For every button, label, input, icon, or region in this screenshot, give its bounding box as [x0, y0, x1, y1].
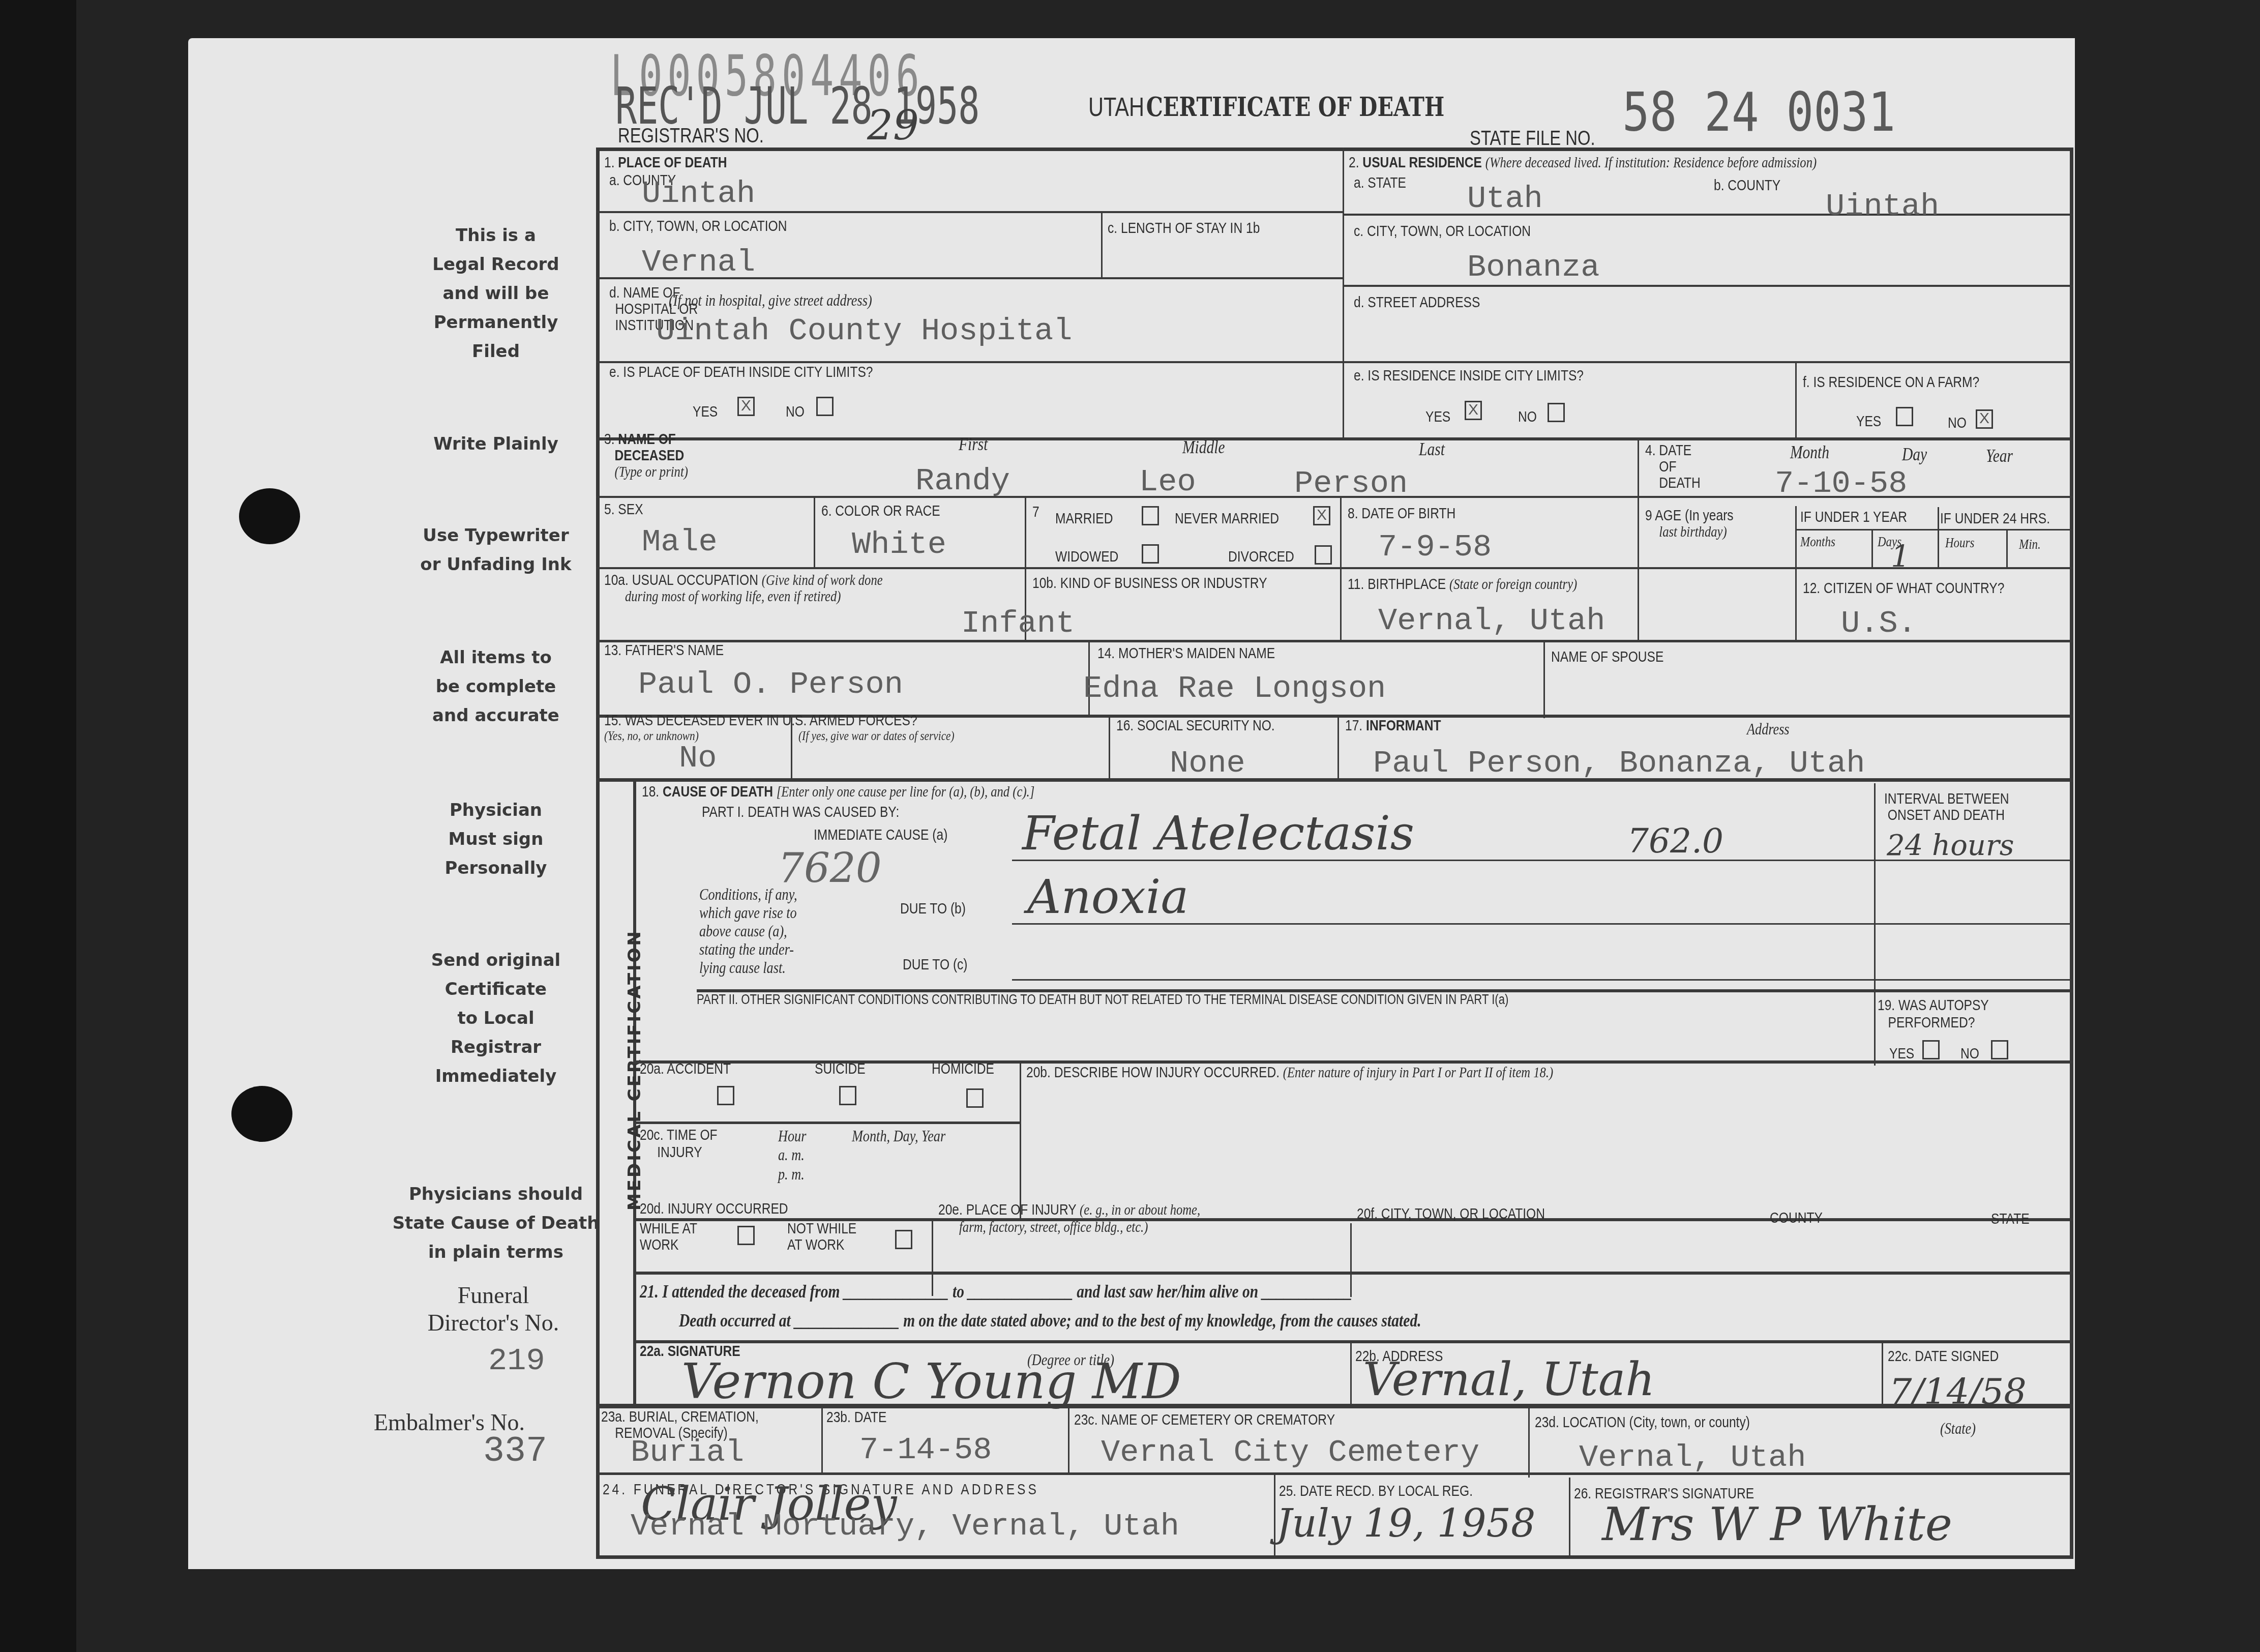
informant-value[interactable]: Paul Person, Bonanza, Utah: [1373, 745, 1865, 781]
binder-strip: [0, 0, 76, 1652]
date-signed-label: 22c. DATE SIGNED: [1888, 1348, 1999, 1365]
divider: [1343, 147, 1344, 440]
hole-punch-top: [239, 488, 300, 544]
first-label: First: [959, 433, 988, 455]
no-label: NO: [1948, 415, 1967, 432]
death-inside-city-no-checkbox[interactable]: [816, 397, 834, 416]
homicide-label: HOMICIDE: [932, 1060, 994, 1078]
yes-label: YES: [693, 403, 718, 421]
physician-signature[interactable]: Vernon C Young MD: [681, 1353, 1181, 1410]
registrars-no-label: REGISTRAR'S NO.: [618, 125, 764, 147]
last-label: Last: [1419, 438, 1445, 460]
divider: [1882, 1343, 1883, 1406]
length-of-stay-label: c. LENGTH OF STAY IN 1b: [1108, 220, 1260, 237]
state-file-no-label: STATE FILE NO.: [1470, 127, 1595, 150]
father-label: 13. FATHER'S NAME: [604, 642, 724, 659]
year-label: Year: [1986, 445, 2013, 466]
interval-label: INTERVAL BETWEEN ONSET AND DEATH: [1884, 791, 2009, 823]
divider: [814, 497, 815, 568]
res-city-label: c. CITY, TOWN, OR LOCATION: [1354, 223, 1531, 240]
father-value[interactable]: Paul O. Person: [638, 666, 903, 702]
age-days-value[interactable]: 1: [1891, 539, 1910, 575]
divider: [1350, 1343, 1352, 1406]
married-label: MARRIED: [1055, 510, 1113, 527]
due-to-b-value[interactable]: Anoxia: [1027, 870, 1188, 924]
divider: [2006, 529, 2008, 569]
informant-label: 17. INFORMANT: [1345, 717, 1441, 734]
divider: [596, 1404, 2073, 1408]
divider: [1109, 717, 1110, 781]
divider: [596, 437, 2073, 440]
ssn-label: 16. SOCIAL SECURITY NO.: [1116, 717, 1275, 734]
res-inside-city-label: e. IS RESIDENCE INSIDE CITY LIMITS?: [1354, 367, 1584, 385]
death-county-value[interactable]: Uintah: [642, 175, 755, 212]
citizen-value[interactable]: U.S.: [1841, 605, 1917, 641]
divorced-label: DIVORCED: [1228, 548, 1294, 566]
middle-name-value[interactable]: Leo: [1139, 464, 1196, 500]
months-label: Months: [1800, 534, 1835, 550]
divider: [633, 1122, 1021, 1124]
title-state: UTAH: [1088, 93, 1144, 122]
accident-label: 20a. ACCIDENT: [640, 1060, 731, 1078]
injury-city-label: 20f. CITY, TOWN, OR LOCATION: [1357, 1205, 1545, 1223]
mdy-label: Month, Day, Year: [852, 1127, 945, 1145]
widowed-label: WIDOWED: [1055, 548, 1118, 566]
usual-residence-heading: 2. USUAL RESIDENCE (Where deceased lived…: [1349, 154, 1817, 171]
sex-label: 5. SEX: [604, 501, 643, 518]
note-complete: All items to be complete and accurate: [379, 643, 613, 730]
injury-county-label: COUNTY: [1770, 1209, 1823, 1227]
burial-location-label: 23d. LOCATION (City, town, or county): [1535, 1414, 1750, 1431]
burial-date-value[interactable]: 7-14-58: [859, 1432, 992, 1468]
burial-date-label: 23b. DATE: [826, 1409, 887, 1426]
note-physician-sign: Physician Must sign Personally: [379, 796, 613, 883]
time-of-injury-label: 20c. TIME OF INJURY: [640, 1127, 718, 1161]
divider: [1569, 1478, 1570, 1556]
place-of-death-heading: 1. PLACE OF DEATH: [604, 154, 727, 171]
autopsy-label: 19. WAS AUTOPSY PERFORMED?: [1878, 997, 1989, 1031]
divider: [1020, 1062, 1021, 1220]
attended-line: 21. I attended the deceased from _______…: [640, 1281, 1352, 1302]
no-label: NO: [1518, 408, 1537, 426]
divider: [596, 1472, 2073, 1475]
funeral-director-no-label: Funeral Director's No.: [374, 1282, 613, 1337]
death-inside-city-yes-checkbox[interactable]: X: [737, 397, 755, 416]
yes-label: YES: [1889, 1045, 1914, 1063]
death-city-value[interactable]: Vernal: [642, 244, 755, 280]
hours-label: Hours: [1945, 535, 1974, 551]
under-1-year-label: IF UNDER 1 YEAR: [1800, 509, 1907, 526]
date-recd-label: 25. DATE RECD. BY LOCAL REG.: [1279, 1483, 1473, 1500]
widowed-checkbox[interactable]: [1142, 544, 1159, 564]
divider: [1871, 529, 1873, 569]
divider: [596, 361, 2073, 363]
date-of-death-label: 4. DATE OF DEATH: [1645, 442, 1701, 491]
divider: [596, 567, 2073, 569]
not-while-at-work-checkbox[interactable]: [895, 1230, 912, 1249]
armed-forces-label: 15. WAS DECEASED EVER IN U.S. ARMED FORC…: [604, 712, 917, 729]
divider: [1874, 783, 1876, 1066]
spouse-label: NAME OF SPOUSE: [1551, 648, 1663, 666]
cemetery-value[interactable]: Vernal City Cemetery: [1101, 1434, 1479, 1470]
part1-label: PART I. DEATH WAS CAUSED BY:: [702, 804, 899, 821]
divider: [1938, 507, 1939, 568]
month-label: Month: [1790, 441, 1829, 463]
cause-heading: 18. CAUSE OF DEATH [Enter only one cause…: [642, 783, 1034, 801]
not-while-at-work-label: NOT WHILEAT WORK: [787, 1221, 856, 1253]
note-send-original: Send original Certificate to Local Regis…: [379, 946, 613, 1091]
embalmer-no: 337: [483, 1432, 547, 1472]
divider: [1068, 1406, 1069, 1475]
age-label: 9 AGE (In years last birthday): [1645, 508, 1734, 540]
res-farm-yes-checkbox[interactable]: [1896, 407, 1913, 426]
day-label: Day: [1902, 444, 1927, 465]
death-inside-city-label: e. IS PLACE OF DEATH INSIDE CITY LIMITS?: [609, 364, 873, 381]
date-recd-value[interactable]: July 19, 1958: [1276, 1500, 1535, 1546]
pm-label: p. m.: [778, 1165, 805, 1184]
res-county-label: b. COUNTY: [1714, 177, 1780, 194]
res-city-value[interactable]: Bonanza: [1467, 249, 1599, 285]
burial-method-value[interactable]: Burial: [631, 1434, 744, 1470]
res-inside-city-yes-checkbox[interactable]: X: [1465, 401, 1482, 420]
never-married-label: NEVER MARRIED: [1175, 510, 1279, 527]
birthplace-value[interactable]: Vernal, Utah: [1378, 603, 1605, 639]
title-text: CERTIFICATE OF DEATH: [1146, 92, 1445, 123]
divider: [1101, 211, 1103, 277]
divider: [1795, 529, 2073, 530]
armed-forces-hint-war: (If yes, give war or dates of service): [798, 728, 955, 744]
no-label: NO: [786, 403, 805, 421]
burial-state-label: (State): [1940, 1419, 1976, 1438]
page-title: UTAH CERTIFICATE OF DEATH: [1088, 92, 1444, 123]
ssn-value[interactable]: None: [1170, 745, 1245, 781]
note-write-plainly: Write Plainly: [379, 430, 613, 459]
sex-value[interactable]: Male: [642, 524, 718, 560]
mother-label: 14. MOTHER'S MAIDEN NAME: [1097, 645, 1275, 662]
hour-label: Hour: [778, 1127, 806, 1145]
conditions-hint: Conditions, if any,which gave rise toabo…: [699, 885, 797, 977]
race-value[interactable]: White: [852, 526, 946, 563]
city-label: b. CITY, TOWN, OR LOCATION: [609, 218, 787, 235]
due-to-b-line: [1012, 923, 2072, 925]
res-farm-no-checkbox[interactable]: X: [1976, 409, 1993, 429]
divider: [1343, 214, 2073, 216]
burial-location-value[interactable]: Vernal, Utah: [1579, 1439, 1806, 1476]
hospital-hint: (If not in hospital, give street address…: [669, 291, 872, 310]
yes-label: YES: [1856, 413, 1881, 430]
homicide-checkbox[interactable]: [966, 1088, 984, 1108]
due-to-c-label: DUE TO (c): [903, 956, 968, 973]
address-label: Address: [1747, 720, 1790, 739]
divider: [1543, 642, 1545, 718]
due-to-b-label: DUE TO (b): [900, 900, 966, 918]
note-plain-terms: Physicians should State Cause of Death i…: [369, 1180, 623, 1267]
suicide-label: SUICIDE: [815, 1060, 866, 1078]
suicide-checkbox[interactable]: [839, 1086, 856, 1105]
divider: [1528, 1406, 1530, 1478]
due-to-c-line: [1012, 979, 2072, 981]
divider: [1638, 438, 1639, 642]
funeral-director-no: 219: [488, 1343, 545, 1379]
immediate-cause-label: IMMEDIATE CAUSE (a): [814, 827, 947, 844]
marital-num: 7: [1032, 504, 1039, 521]
divider: [1795, 506, 1797, 642]
death-occurred-line: Death occurred at ______________ m on th…: [679, 1310, 1421, 1331]
note-legal-record: This is a Legal Record and will be Perma…: [379, 221, 613, 366]
injury-desc-label: 20b. DESCRIBE HOW INJURY OCCURRED. (Ente…: [1026, 1064, 1553, 1081]
cemetery-label: 23c. NAME OF CEMETERY OR CREMATORY: [1074, 1411, 1335, 1429]
citizen-label: 12. CITIZEN OF WHAT COUNTRY?: [1803, 580, 2004, 597]
interval-value[interactable]: 24 hours: [1887, 829, 2014, 862]
yes-label: YES: [1425, 408, 1450, 426]
divider: [821, 1406, 823, 1472]
place-of-injury-label: 20e. PLACE OF INJURY (e. g., in or about…: [938, 1201, 1200, 1236]
immediate-cause-code: 762.0: [1627, 821, 1723, 861]
accident-checkbox[interactable]: [717, 1086, 734, 1105]
divorced-checkbox[interactable]: [1315, 545, 1332, 565]
hole-punch-bottom: [231, 1086, 292, 1142]
injury-occurred-label: 20d. INJURY OCCURRED: [640, 1200, 788, 1218]
res-county-value[interactable]: Uintah: [1826, 188, 1939, 224]
hospital-value[interactable]: Uintah County Hospital: [656, 313, 1073, 349]
registrars-no: 29: [867, 102, 919, 149]
note-typewriter: Use Typewriter or Unfading Ink: [379, 521, 613, 579]
am-label: a. m.: [778, 1145, 805, 1164]
middle-label: Middle: [1182, 436, 1225, 458]
first-name-value[interactable]: Randy: [915, 463, 1010, 499]
divider: [1795, 362, 1797, 438]
state-file-no: 58 24 0031: [1622, 81, 1895, 143]
race-label: 6. COLOR OR RACE: [821, 503, 940, 520]
immediate-cause-value[interactable]: Fetal Atelectasis: [1022, 806, 1414, 861]
divider: [1340, 497, 1342, 642]
last-name-value[interactable]: Person: [1294, 465, 1408, 501]
res-state-label: a. STATE: [1354, 174, 1406, 192]
min-label: Min.: [2019, 537, 2041, 553]
registrar-signature[interactable]: Mrs W P White: [1602, 1498, 1952, 1551]
part2-label: PART II. OTHER SIGNIFICANT CONDITIONS CO…: [697, 992, 1508, 1008]
armed-forces-value[interactable]: No: [679, 740, 717, 776]
no-label: NO: [1960, 1045, 1979, 1063]
birthplace-label: 11. BIRTHPLACE (State or foreign country…: [1348, 576, 1577, 593]
divider: [633, 1272, 2073, 1275]
never-married-checkbox[interactable]: X: [1313, 506, 1330, 525]
divider: [1343, 285, 2073, 287]
autopsy-yes-checkbox[interactable]: [1922, 1040, 1940, 1059]
physician-address[interactable]: Vernal, Utah: [1363, 1353, 1655, 1406]
autopsy-no-checkbox[interactable]: [1991, 1040, 2008, 1059]
injury-state-label: STATE: [1991, 1211, 2030, 1228]
while-at-work-checkbox[interactable]: [737, 1226, 755, 1245]
dob-value[interactable]: 7-9-58: [1378, 529, 1492, 565]
funeral-director-address[interactable]: Vernal Mortuary, Vernal, Utah: [631, 1508, 1179, 1544]
divider: [633, 1340, 2073, 1343]
res-inside-city-no-checkbox[interactable]: [1548, 403, 1565, 422]
res-farm-label: f. IS RESIDENCE ON A FARM?: [1803, 374, 1979, 391]
dob-label: 8. DATE OF BIRTH: [1348, 505, 1455, 522]
occupation-value[interactable]: Infant: [961, 605, 1075, 641]
name-label: 3. NAME OF DECEASED (Type or print): [604, 431, 688, 480]
divider: [1274, 1475, 1275, 1556]
res-state-value[interactable]: Utah: [1467, 181, 1543, 217]
divider: [1337, 717, 1339, 781]
married-checkbox[interactable]: [1142, 506, 1159, 525]
date-of-death-value[interactable]: 7-10-58: [1775, 465, 1907, 501]
under-24-hrs-label: IF UNDER 24 HRS.: [1940, 510, 2050, 527]
mother-value[interactable]: Edna Rae Longson: [1083, 670, 1386, 706]
while-at-work-label: WHILE ATWORK: [640, 1221, 697, 1253]
business-label: 10b. KIND OF BUSINESS OR INDUSTRY: [1032, 575, 1267, 592]
res-street-label: d. STREET ADDRESS: [1354, 294, 1480, 311]
occupation-label: 10a. USUAL OCCUPATION (Give kind of work…: [604, 572, 883, 605]
